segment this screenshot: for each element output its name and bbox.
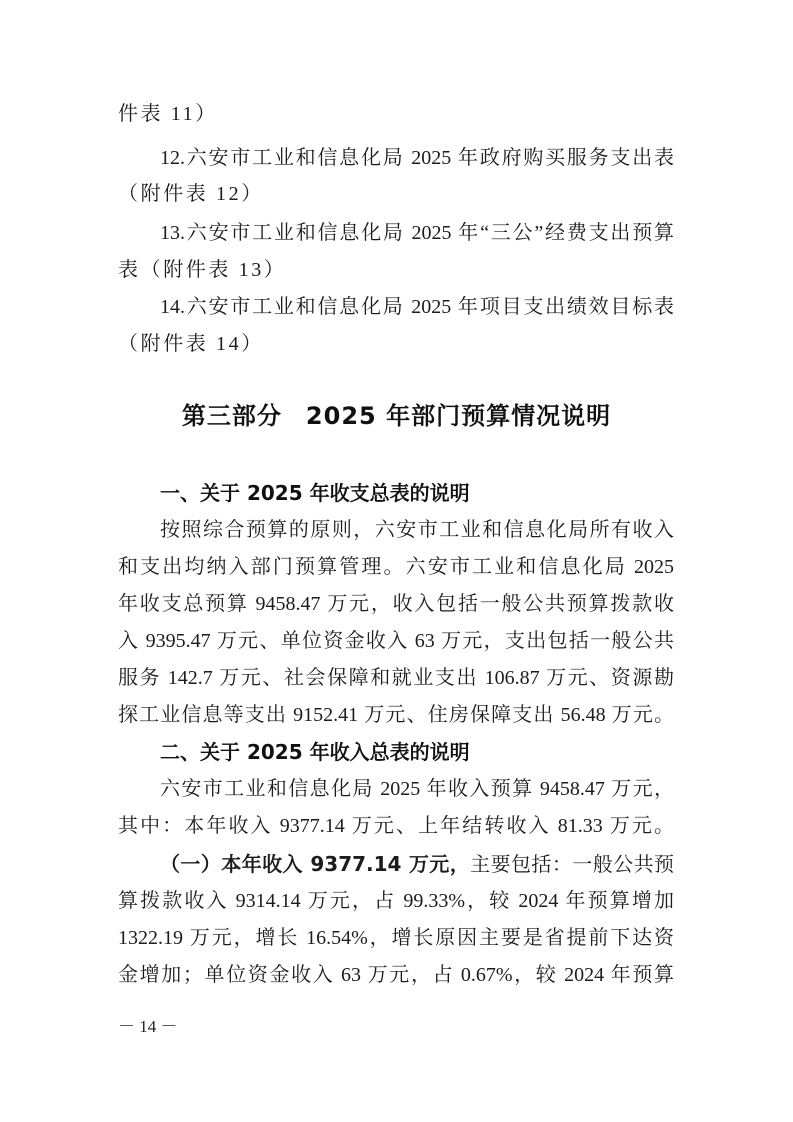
part-title-prefix: 第三部分 [182,402,282,430]
page-number: － 14 － [118,1015,178,1039]
attachment-11-continuation: 件表 11） [118,100,674,128]
section-1-line: 入 9395.47 万元、单位资金收入 63 万元，支出包括一般公共 [118,627,674,655]
subsection-1-line: 算拨款收入 9314.14 万元，占 99.33%，较 2024 年预算增加 [118,887,674,915]
section-1-line: 按照综合预算的原则，六安市工业和信息化局所有收入 [160,516,674,544]
subsection-1-lead: （一）本年收入 9377.14 万元，主要包括：一般公共预 [160,850,674,879]
subsection-1-line: 金增加；单位资金收入 63 万元，占 0.67%，较 2024 年预算 [118,961,674,989]
subsection-1-bold-lead: （一）本年收入 9377.14 万元， [160,852,470,876]
section-1-heading: 一、关于 2025 年收支总表的说明 [160,479,470,507]
section-2-line: 六安市工业和信息化局 2025 年收入预算 9458.47 万元， [160,775,674,803]
section-2-line: 其中：本年收入 9377.14 万元、上年结转收入 81.33 万元。 [118,812,674,840]
section-1-line: 服务 142.7 万元、社会保障和就业支出 106.87 万元、资源勘 [118,664,674,692]
attachment-13-line2: 表（附件表 13） [118,256,674,284]
attachment-12-line1: 12.六安市工业和信息化局 2025 年政府购买服务支出表 [160,144,674,172]
section-1-line: 探工业信息等支出 9152.41 万元、住房保障支出 56.48 万元。 [118,701,674,729]
attachment-12-line2: （附件表 12） [118,180,674,208]
subsection-1-lead-rest: 主要包括：一般公共预 [470,854,674,876]
attachment-14-line2: （附件表 14） [118,330,674,358]
section-2-heading: 二、关于 2025 年收入总表的说明 [160,738,470,766]
part-title: 第三部分2025 年部门预算情况说明 [0,400,793,432]
part-title-text: 2025 年部门预算情况说明 [306,402,611,430]
attachment-13-line1: 13.六安市工业和信息化局 2025 年“三公”经费支出预算 [160,219,674,247]
section-1-line: 和支出均纳入部门预算管理。六安市工业和信息化局 2025 [118,553,674,581]
attachment-14-line1: 14.六安市工业和信息化局 2025 年项目支出绩效目标表 [160,293,674,321]
section-1-line: 年收支总预算 9458.47 万元，收入包括一般公共预算拨款收 [118,590,674,618]
document-page: 件表 11） 12.六安市工业和信息化局 2025 年政府购买服务支出表 （附件… [0,0,793,1122]
subsection-1-line: 1322.19 万元，增长 16.54%，增长原因主要是省提前下达资 [118,924,674,952]
